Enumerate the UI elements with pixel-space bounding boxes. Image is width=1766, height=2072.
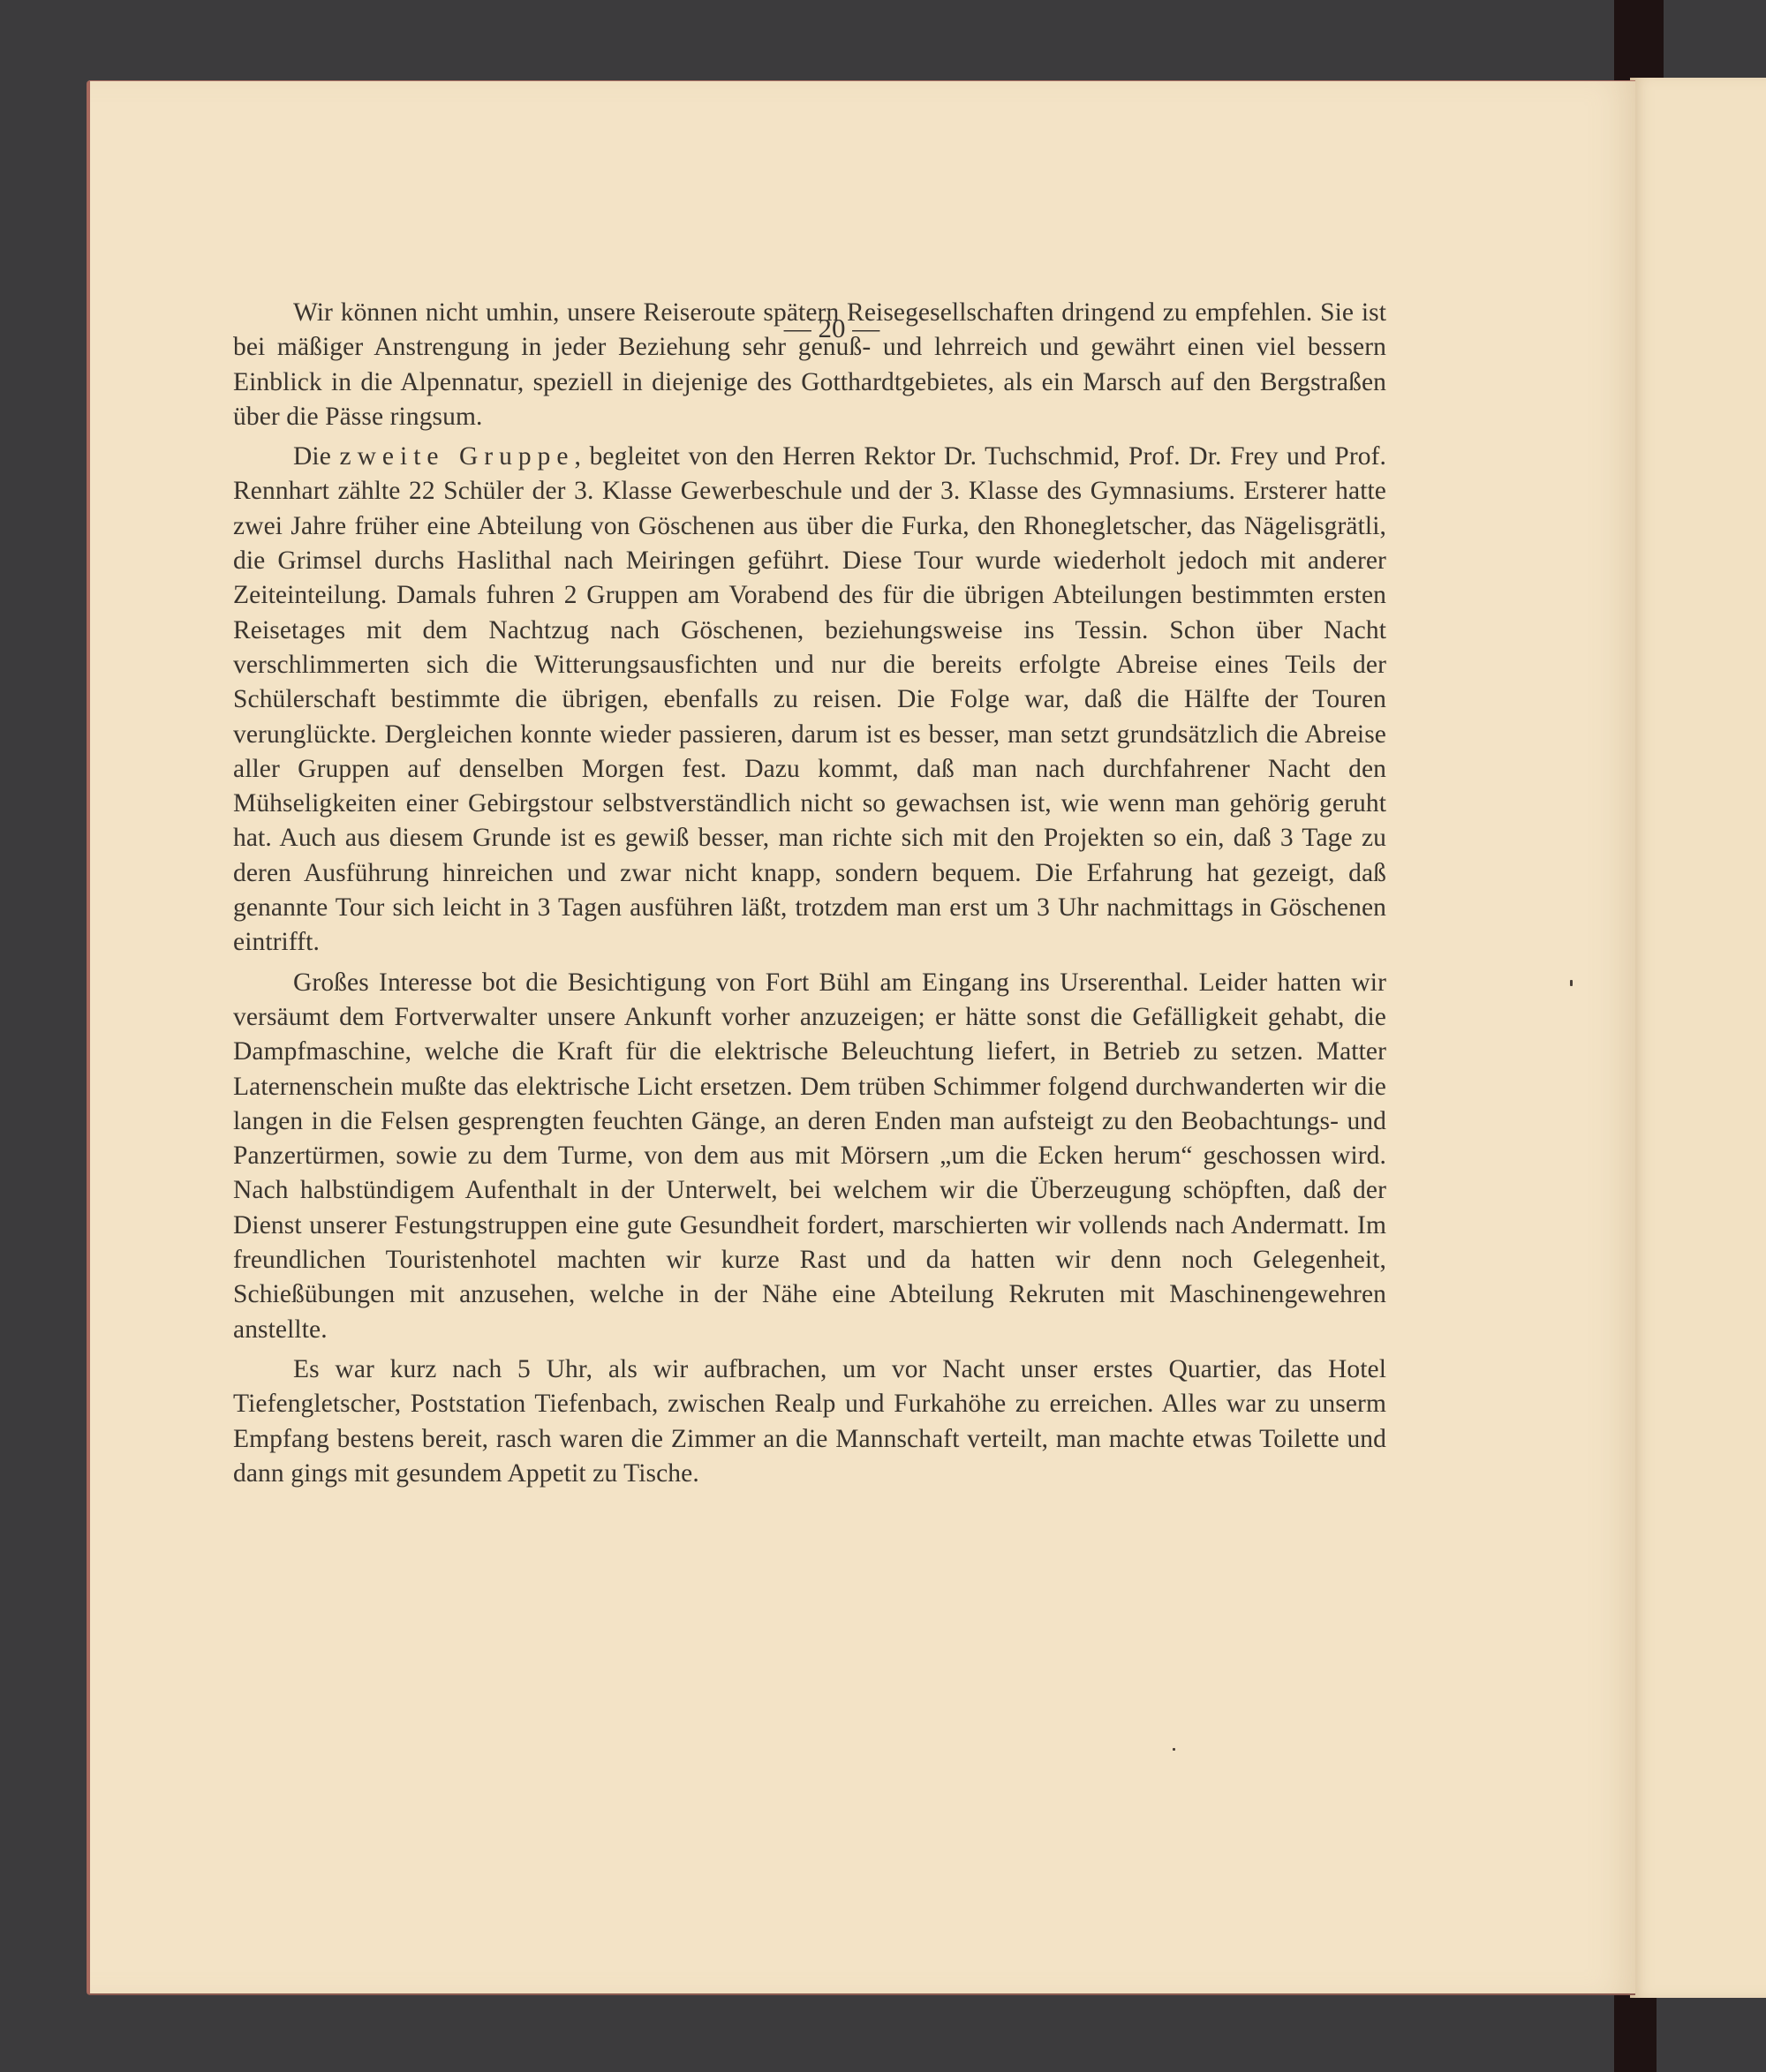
body-text: Wir können nicht umhin, unsere Reiserout… [233,296,1386,1496]
paragraph-2: Die zweite Gruppe, begleitet von den Her… [233,440,1386,960]
paragraph-3: Großes Interesse bot die Besichtigung vo… [233,966,1386,1347]
paragraph-1: Wir können nicht umhin, unsere Reiserout… [233,296,1386,434]
paragraph-text: Wir können nicht umhin, unsere Reiserout… [233,298,1386,431]
paragraph-text: Großes Interesse bot die Besichtigung vo… [233,968,1386,1344]
paragraph-4: Es war kurz nach 5 Uhr, als wir aufbrach… [233,1352,1386,1491]
paper-speck [1570,980,1573,986]
paragraph-lead: Die [293,442,331,471]
paragraph-text: , begleitet von den Herren Rektor Dr. Tu… [233,442,1386,956]
book-spine-bottom [1614,1991,1657,2072]
facing-page-edge [1630,78,1766,1998]
paper-speck [1173,1748,1175,1751]
paragraph-text: Es war kurz nach 5 Uhr, als wir aufbrach… [233,1355,1386,1488]
spaced-emphasis: zweite Gruppe [340,442,575,471]
book-spine-top [1614,0,1664,81]
